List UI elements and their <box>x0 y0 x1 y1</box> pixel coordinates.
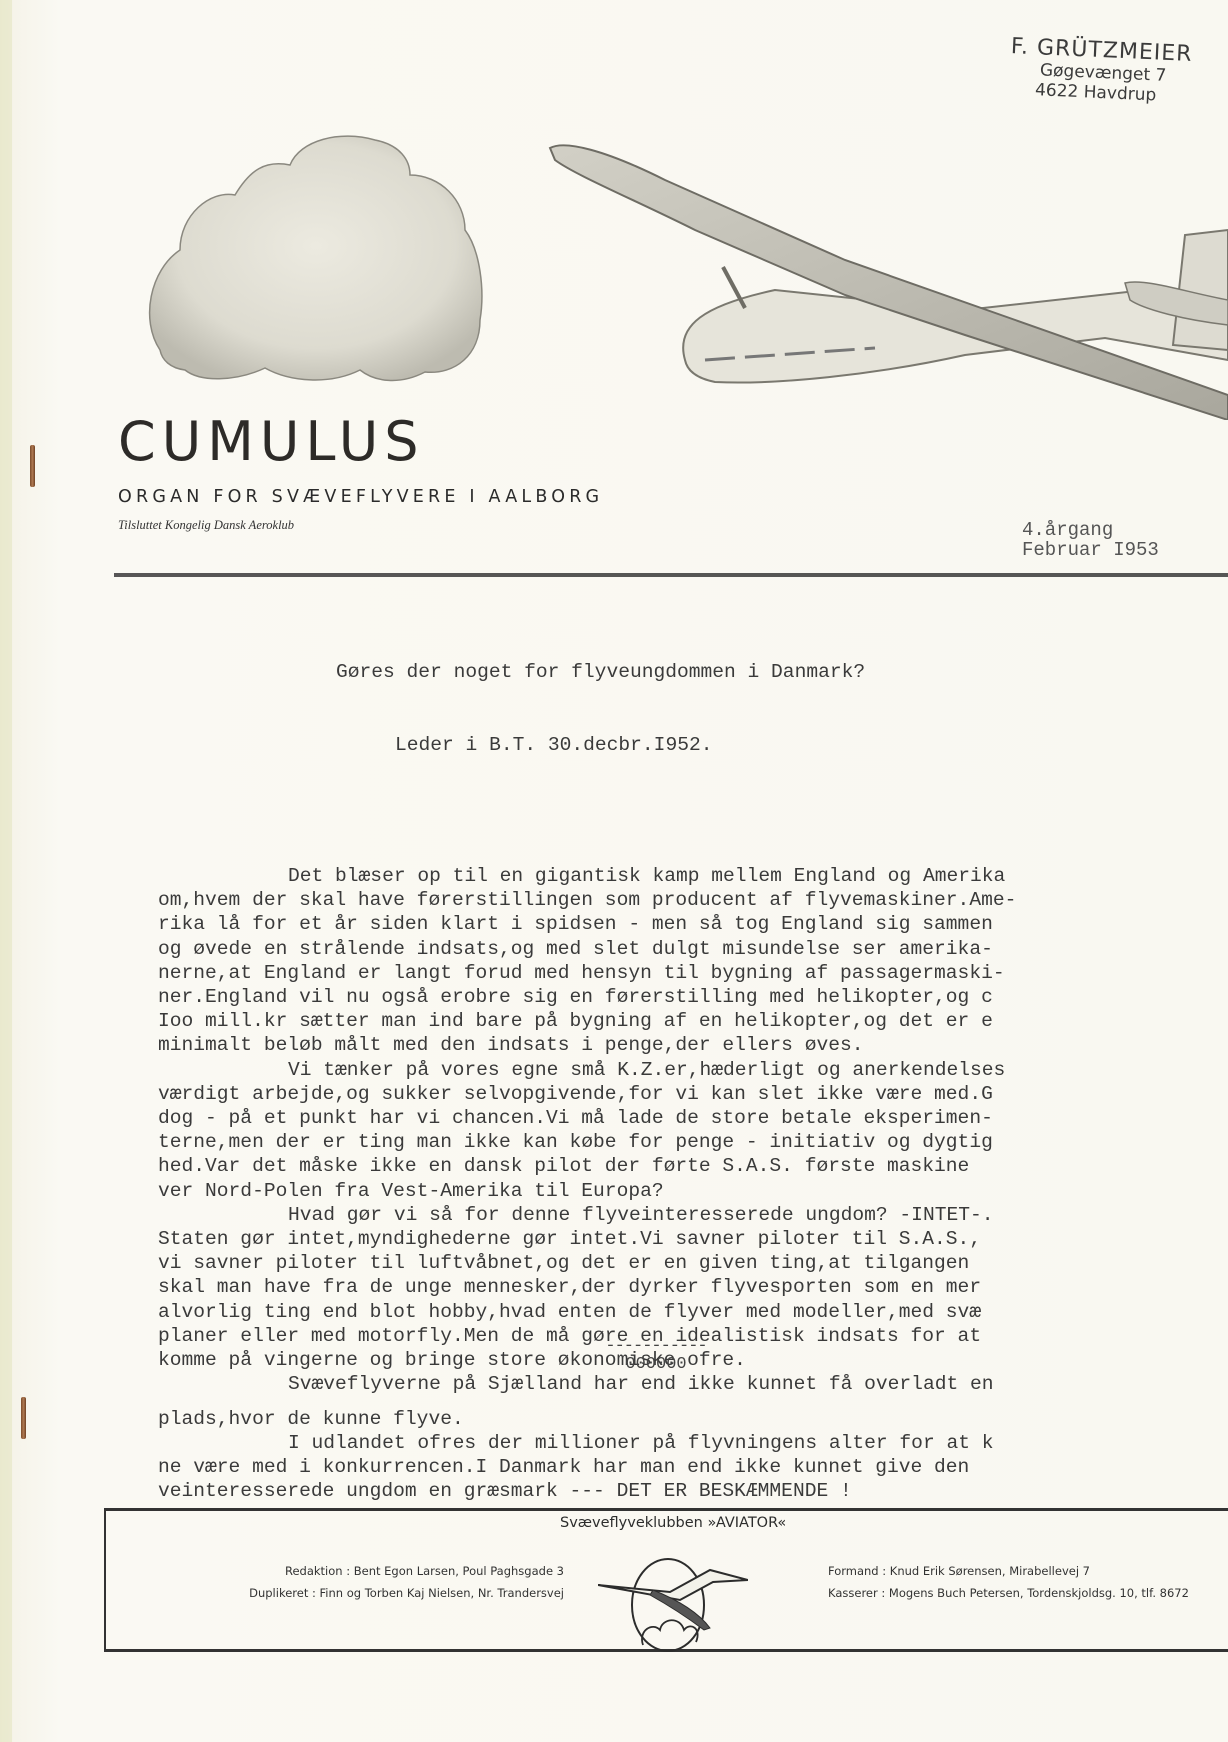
article-line: ne være med i konkurrencen.I Danmark har… <box>158 1455 1228 1479</box>
cloud-icon <box>140 120 500 400</box>
article-line: vi savner piloter til luftvåbnet,og det … <box>158 1251 1228 1275</box>
article-lines: Det blæser op til en gigantisk kamp mell… <box>158 864 1228 1503</box>
footer-editorial: Redaktion : Bent Egon Larsen, Poul Paghs… <box>140 1560 564 1604</box>
article-line: I udlandet ofres der millioner på flyvni… <box>158 1431 1228 1455</box>
masthead-affiliation: Tilsluttet Kongelig Dansk Aeroklub <box>118 518 294 533</box>
newsletter-page: F. GRÜTZMEIER Gøgevænget 7 4622 Havdrup <box>0 0 1228 1742</box>
article-line: ver Nord-Polen fra Vest-Amerika til Euro… <box>158 1179 1228 1203</box>
footer-redaktion: Redaktion : Bent Egon Larsen, Poul Paghs… <box>140 1560 564 1582</box>
paper-edge <box>0 0 12 1742</box>
footer-kasserer: Kasserer : Mogens Buch Petersen, Tordens… <box>828 1582 1189 1604</box>
article-line: rika lå for et år siden klart i spidsen … <box>158 912 1228 936</box>
staple-top <box>30 445 35 487</box>
footer-duplikeret: Duplikeret : Finn og Torben Kaj Nielsen,… <box>140 1582 564 1604</box>
issue-info: 4.årgang Februar I953 <box>1022 520 1159 560</box>
article-line: værdigt arbejde,og sukker selvopgivende,… <box>158 1082 1228 1106</box>
article-line: Det blæser op til en gigantisk kamp mell… <box>158 864 1228 888</box>
article-line: dog - på et punkt har vi chancen.Vi må l… <box>158 1106 1228 1130</box>
club-name: Svæveflyveklubben »AVIATOR« <box>560 1515 786 1531</box>
article-line: og øvede en strålende indsats,og med sle… <box>158 937 1228 961</box>
article-line: ner.England vil nu også erobre sig en fø… <box>158 985 1228 1009</box>
article-line: nerne,at England er langt forud med hens… <box>158 961 1228 985</box>
glider-illustration-icon <box>545 120 1228 420</box>
article-line: skal man have fra de unge mennesker,der … <box>158 1275 1228 1299</box>
article-line: Svæveflyverne på Sjælland har end ikke k… <box>158 1372 1228 1396</box>
issue-date: Februar I953 <box>1022 540 1159 560</box>
article-line: Vi tænker på vores egne små K.Z.er,hæder… <box>158 1058 1228 1082</box>
footer-board: Formand : Knud Erik Sørensen, Mirabellev… <box>828 1560 1189 1604</box>
article-body: Gøres der noget for flyveungdommen i Dan… <box>158 612 1228 1552</box>
article-source: Leder i B.T. 30.decbr.I952. <box>158 733 1228 757</box>
article-line: alvorlig ting end blot hobby,hvad enten … <box>158 1300 1228 1324</box>
issue-volume: 4.årgang <box>1022 520 1159 540</box>
article-line: Ioo mill.kr sætter man ind bare på bygni… <box>158 1009 1228 1033</box>
staple-bottom <box>21 1397 26 1439</box>
article-line: Hvad gør vi så for denne flyveinteresser… <box>158 1203 1228 1227</box>
article-line: plads,hvor de kunne flyve. <box>158 1407 1228 1431</box>
article-line: om,hvem der skal have førerstillingen so… <box>158 888 1228 912</box>
article-end-ornament: ----------- 000000 <box>586 1338 726 1374</box>
masthead-divider <box>114 573 1228 577</box>
footer-formand: Formand : Knud Erik Sørensen, Mirabellev… <box>828 1560 1189 1582</box>
masthead-title: CUMULUS <box>118 410 425 473</box>
article-line: veinteresserede ungdom en græsmark --- D… <box>158 1479 1228 1503</box>
article-line: Staten gør intet,myndighederne gør intet… <box>158 1227 1228 1251</box>
address-stamp: F. GRÜTZMEIER Gøgevænget 7 4622 Havdrup <box>1009 34 1193 107</box>
masthead-subtitle: ORGAN FOR SVÆVEFLYVERE I AALBORG <box>118 487 603 507</box>
ornament-circles: 000000 <box>586 1356 726 1374</box>
article-title: Gøres der noget for flyveungdommen i Dan… <box>158 660 1228 684</box>
article-line: hed.Var det måske ikke en dansk pilot de… <box>158 1154 1228 1178</box>
ornament-dashes: ----------- <box>586 1338 726 1356</box>
article-line: minimalt beløb målt med den indsats i pe… <box>158 1033 1228 1057</box>
article-line: terne,men der er ting man ikke kan købe … <box>158 1130 1228 1154</box>
aviator-logo-icon <box>598 1550 748 1655</box>
